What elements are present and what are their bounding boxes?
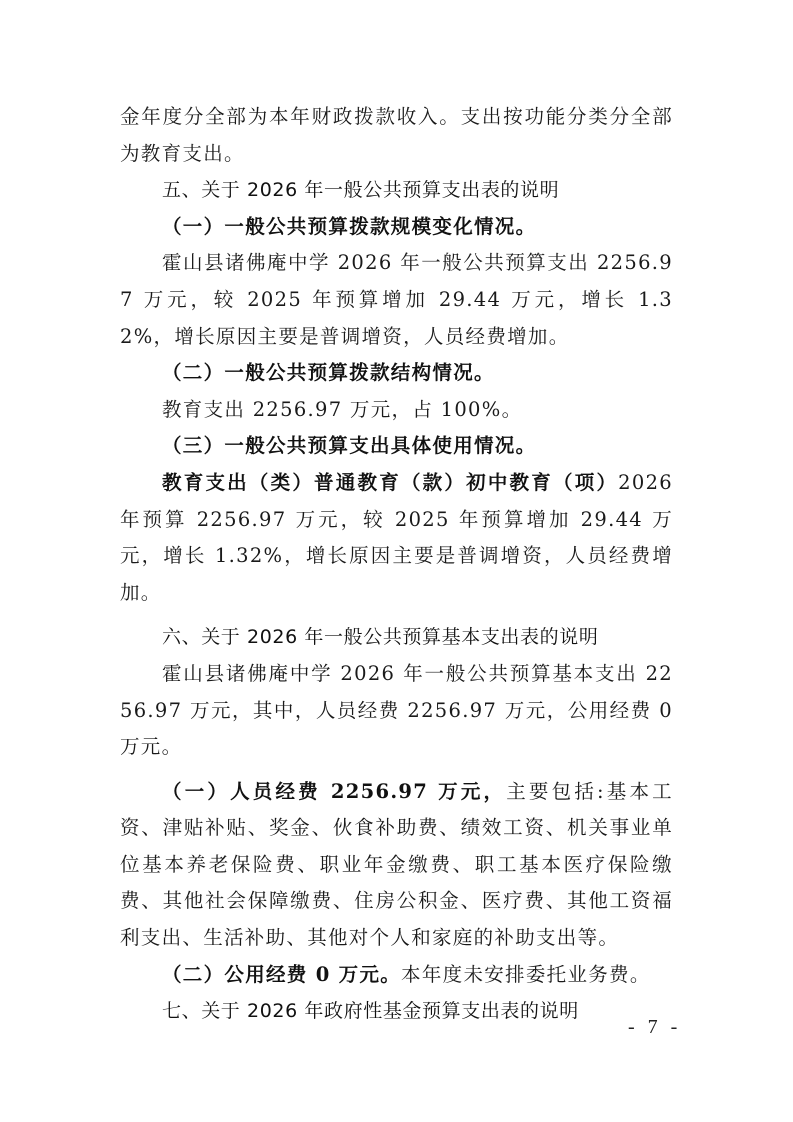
paragraph-basic-expenditure: 霍山县诸佛庵中学 2026 年一般公共预算基本支出 2256.97 万元，其中，… <box>120 656 673 766</box>
paragraph-budget-usage-bold: 教育支出（类）普通教育（款）初中教育（项） <box>162 471 618 494</box>
subheading-5-2: （二）一般公共预算拨款结构情况。 <box>120 355 673 392</box>
personnel-expenses-detail: 主要包括:基本工资、津贴补贴、奖金、伙食补助费、绩效工资、机关事业单位基本养老保… <box>120 780 673 949</box>
document-page: 金年度分全部为本年财政拨款收入。支出按功能分类分全部为教育支出。 五、关于 20… <box>120 99 673 1030</box>
page-number: - 7 - <box>628 1016 681 1039</box>
paragraph-continued: 金年度分全部为本年财政拨款收入。支出按功能分类分全部为教育支出。 <box>120 99 673 172</box>
paragraph-personnel-expenses: （一）人员经费 2256.97 万元，主要包括:基本工资、津贴补贴、奖金、伙食补… <box>120 774 673 957</box>
subheading-5-1: （一）一般公共预算拨款规模变化情况。 <box>120 209 673 246</box>
paragraph-budget-scale: 霍山县诸佛庵中学 2026 年一般公共预算支出 2256.97 万元，较 202… <box>120 245 673 355</box>
spacer <box>120 766 673 774</box>
section-heading-6: 六、关于 2026 年一般公共预算基本支出表的说明 <box>120 619 673 656</box>
paragraph-public-expenses: （二）公用经费 0 万元。本年度未安排委托业务费。 <box>120 957 673 994</box>
section-heading-5: 五、关于 2026 年一般公共预算支出表的说明 <box>120 172 673 209</box>
paragraph-budget-structure: 教育支出 2256.97 万元，占 100%。 <box>120 392 673 429</box>
subheading-5-3: （三）一般公共预算支出具体使用情况。 <box>120 428 673 465</box>
section-heading-7: 七、关于 2026 年政府性基金预算支出表的说明 <box>120 993 673 1030</box>
public-expenses-detail: 本年度未安排委托业务费。 <box>401 963 651 986</box>
paragraph-budget-usage: 教育支出（类）普通教育（款）初中教育（项）2026 年预算 2256.97 万元… <box>120 465 673 611</box>
spacer <box>120 611 673 619</box>
personnel-expenses-label: （一）人员经费 2256.97 万元， <box>162 780 506 803</box>
public-expenses-label: （二）公用经费 0 万元。 <box>162 963 401 986</box>
